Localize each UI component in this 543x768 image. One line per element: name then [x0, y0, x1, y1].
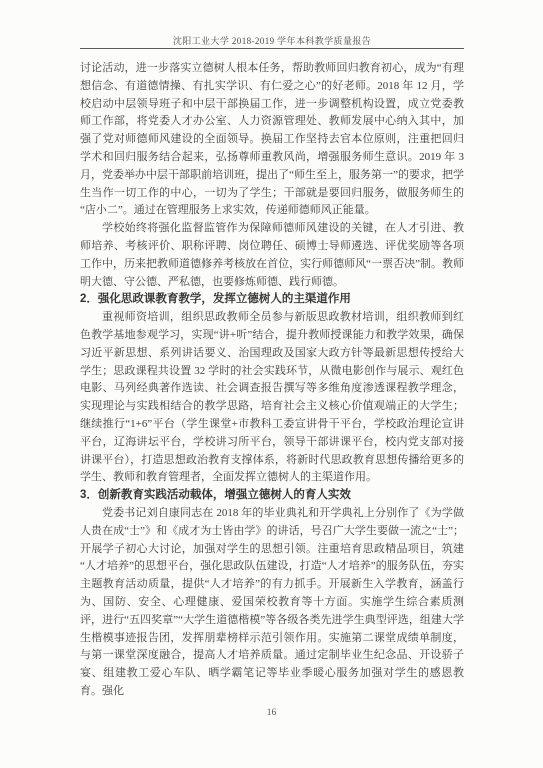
page-footer: 16	[0, 708, 543, 718]
paragraph-teacher-ethics-continued: 讨论活动，进一步落实立德树人根本任务，帮助教师回归教育初心，成为“有理想信念、有…	[80, 60, 464, 220]
page-content: 讨论活动，进一步落实立德树人根本任务，帮助教师回归教育初心，成为“有理想信念、有…	[80, 60, 464, 701]
paragraph-ideological-courses: 重视师资培训，组织思政教师全员参与新版思政教材培训，组织教师到红色教学基地参观学…	[80, 309, 464, 487]
section-heading-3: 3．创新教育实践活动载体，增强立德树人的育人实效	[80, 487, 464, 505]
header-rule	[80, 48, 464, 49]
paragraph-education-practice: 党委书记刘自康同志在 2018 年的毕业典礼和开学典礼上分别作了《为学做人贵在成…	[80, 505, 464, 701]
page-number: 16	[267, 708, 277, 718]
document-page: 沈阳工业大学 2018-2019 学年本科教学质量报告 讨论活动，进一步落实立德…	[0, 0, 543, 768]
running-header-title: 沈阳工业大学 2018-2019 学年本科教学质量报告	[80, 34, 464, 47]
section-heading-2: 2．强化思政课教育教学，发挥立德树人的主渠道作用	[80, 291, 464, 309]
paragraph-supervision: 学校始终将强化监督监管作为保障师德师风建设的关键，在人才引进、教师培养、考核评价…	[80, 220, 464, 291]
